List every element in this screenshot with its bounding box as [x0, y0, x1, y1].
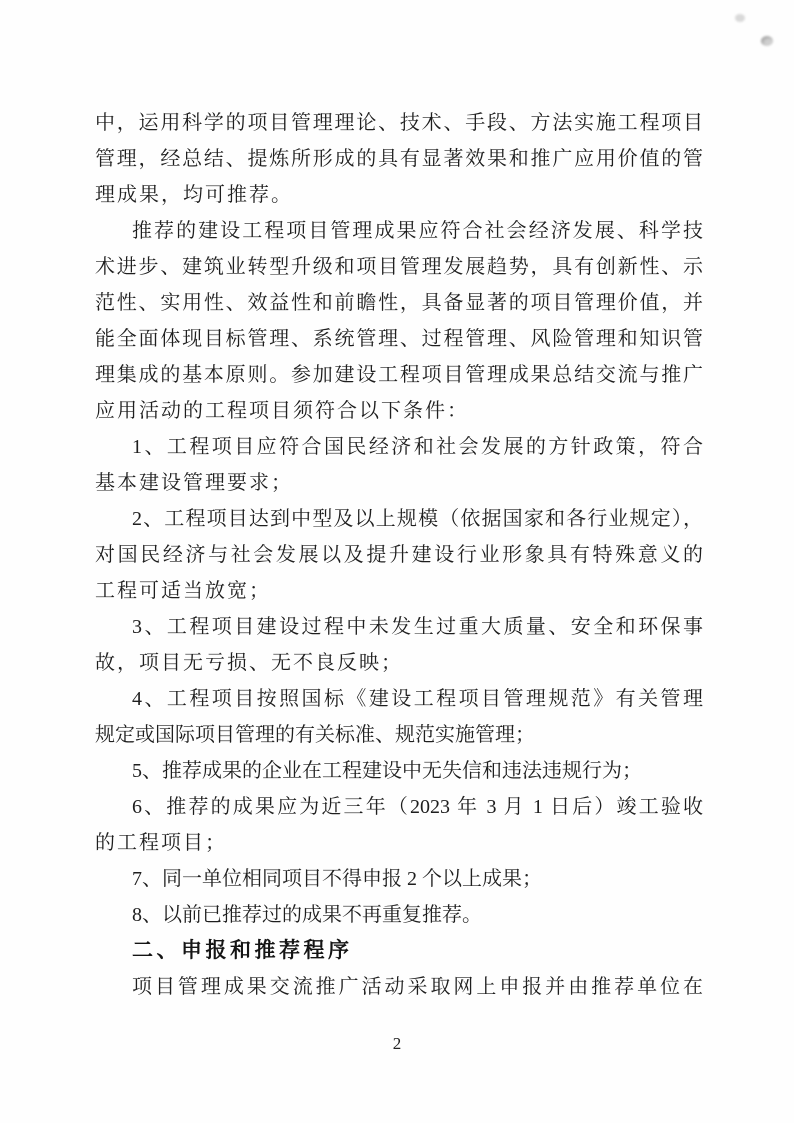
text-line: 故，项目无亏损、无不良反映； [95, 645, 703, 681]
text-line: 中，运用科学的项目管理理论、技术、手段、方法实施工程项目 [95, 105, 703, 141]
text-line: 5、推荐成果的企业在工程建设中无失信和违法违规行为； [95, 753, 703, 789]
text-line: 应用活动的工程项目须符合以下条件： [95, 393, 703, 429]
page-number: 2 [0, 1034, 794, 1054]
section-heading: 二、申报和推荐程序 [95, 933, 703, 969]
document-body: 中，运用科学的项目管理理论、技术、手段、方法实施工程项目管理，经总结、提炼所形成… [95, 105, 703, 1005]
text-line: 6、推荐的成果应为近三年（2023 年 3 月 1 日后）竣工验收 [95, 789, 703, 825]
document-page: 中，运用科学的项目管理理论、技术、手段、方法实施工程项目管理，经总结、提炼所形成… [0, 0, 794, 1123]
scan-speckle [761, 36, 773, 46]
text-line: 理集成的基本原则。参加建设工程项目管理成果总结交流与推广 [95, 357, 703, 393]
text-line: 能全面体现目标管理、系统管理、过程管理、风险管理和知识管 [95, 321, 703, 357]
text-line: 推荐的建设工程项目管理成果应符合社会经济发展、科学技 [95, 213, 703, 249]
text-line: 基本建设管理要求； [95, 465, 703, 501]
text-line: 1、工程项目应符合国民经济和社会发展的方针政策，符合 [95, 429, 703, 465]
text-line: 2、工程项目达到中型及以上规模（依据国家和各行业规定）， [95, 501, 703, 537]
text-line: 范性、实用性、效益性和前瞻性，具备显著的项目管理价值，并 [95, 285, 703, 321]
text-line: 的工程项目； [95, 825, 703, 861]
text-line: 对国民经济与社会发展以及提升建设行业形象具有特殊意义的 [95, 537, 703, 573]
text-line: 8、以前已推荐过的成果不再重复推荐。 [95, 897, 703, 933]
text-line: 术进步、建筑业转型升级和项目管理发展趋势，具有创新性、示 [95, 249, 703, 285]
scan-speckle [735, 14, 745, 22]
text-line: 7、同一单位相同项目不得申报 2 个以上成果； [95, 861, 703, 897]
text-line: 规定或国际项目管理的有关标准、规范实施管理； [95, 717, 703, 753]
text-line: 管理，经总结、提炼所形成的具有显著效果和推广应用价值的管 [95, 141, 703, 177]
text-line: 项目管理成果交流推广活动采取网上申报并由推荐单位在 [95, 969, 703, 1005]
text-line: 理成果，均可推荐。 [95, 177, 703, 213]
text-line: 3、工程项目建设过程中未发生过重大质量、安全和环保事 [95, 609, 703, 645]
text-line: 4、工程项目按照国标《建设工程项目管理规范》有关管理 [95, 681, 703, 717]
text-line: 工程可适当放宽； [95, 573, 703, 609]
